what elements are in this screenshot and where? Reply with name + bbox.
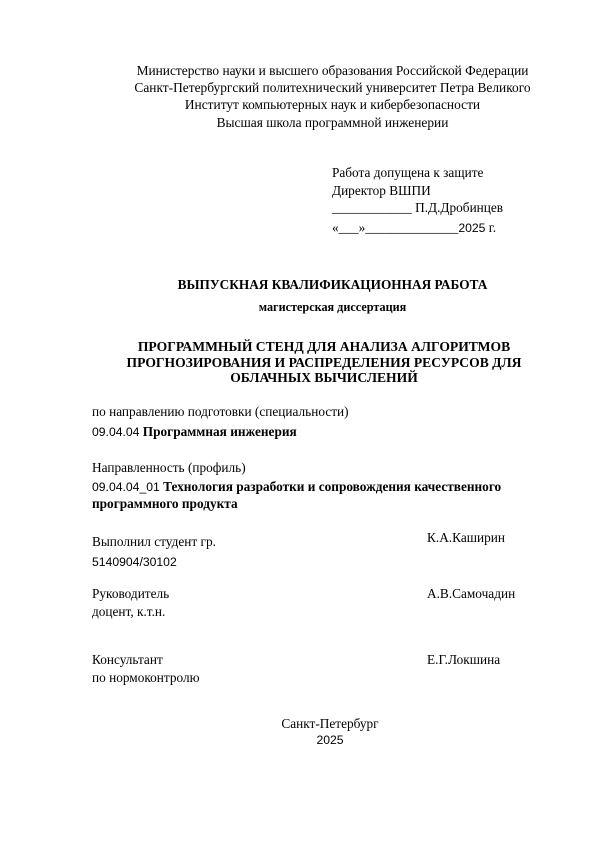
- direction-label: по направлению подготовки (специальности…: [92, 405, 349, 418]
- profile-value: 09.04.04_01 Технология разработки и сопр…: [92, 480, 501, 493]
- profile-name-continued: программного продукта: [92, 497, 238, 510]
- footer-city: Санкт-Петербург: [0, 717, 595, 730]
- ministry-line: Министерство науки и высшего образования…: [0, 64, 595, 77]
- direction-value: 09.04.04 Программная инженерия: [92, 425, 297, 438]
- work-type-title: ВЫПУСКНАЯ КВАЛИФИКАЦИОННАЯ РАБОТА: [0, 278, 595, 291]
- profile-code: 09.04.04_01: [92, 480, 160, 494]
- supervisor-title: доцент, к.т.н.: [92, 605, 165, 618]
- university-line: Санкт-Петербургский политехнический унив…: [0, 81, 595, 94]
- profile-name: Технология разработки и сопровождения ка…: [163, 479, 501, 494]
- consultant-name: Е.Г.Локшина: [427, 653, 500, 666]
- footer-year: 2025: [0, 734, 595, 746]
- student-name: К.А.Каширин: [427, 531, 505, 544]
- topic-line: ОБЛАЧНЫХ ВЫЧИСЛЕНИЙ: [0, 370, 595, 386]
- consultant-subtitle: по нормоконтролю: [92, 671, 200, 684]
- profile-label: Направленность (профиль): [92, 461, 246, 474]
- student-label: Выполнил студент гр.: [92, 535, 216, 548]
- director-name: П.Д.Дробинцев: [415, 200, 503, 215]
- supervisor-name: А.В.Самочадин: [427, 587, 515, 600]
- date-suffix: г.: [485, 220, 496, 235]
- approval-date: «___»______________2025 г.: [332, 221, 496, 234]
- topic-line: ПРОГНОЗИРОВАНИЯ И РАСПРЕДЕЛЕНИЯ РЕСУРСОВ…: [0, 355, 595, 371]
- thesis-topic: ПРОГРАММНЫЙ СТЕНД ДЛЯ АНАЛИЗА АЛГОРИТМОВ…: [0, 339, 595, 386]
- approval-line: Работа допущена к защите: [332, 166, 483, 179]
- director-title: Директор ВШПИ: [332, 184, 431, 197]
- institute-line: Институт компьютерных наук и кибербезопа…: [0, 98, 595, 111]
- consultant-label: Консультант: [92, 653, 163, 666]
- topic-line: ПРОГРАММНЫЙ СТЕНД ДЛЯ АНАЛИЗА АЛГОРИТМОВ: [0, 339, 595, 355]
- direction-code: 09.04.04: [92, 425, 139, 439]
- work-subtype: магистерская диссертация: [0, 301, 595, 313]
- date-blank: «___»______________: [332, 220, 458, 235]
- student-group: 5140904/30102: [92, 556, 177, 568]
- signature-blank: ____________: [332, 200, 412, 215]
- direction-name: Программная инженерия: [143, 424, 297, 439]
- school-line: Высшая школа программной инженерии: [0, 116, 595, 129]
- date-year: 2025: [458, 221, 485, 235]
- director-signature-line: ____________ П.Д.Дробинцев: [332, 201, 503, 214]
- supervisor-label: Руководитель: [92, 587, 169, 600]
